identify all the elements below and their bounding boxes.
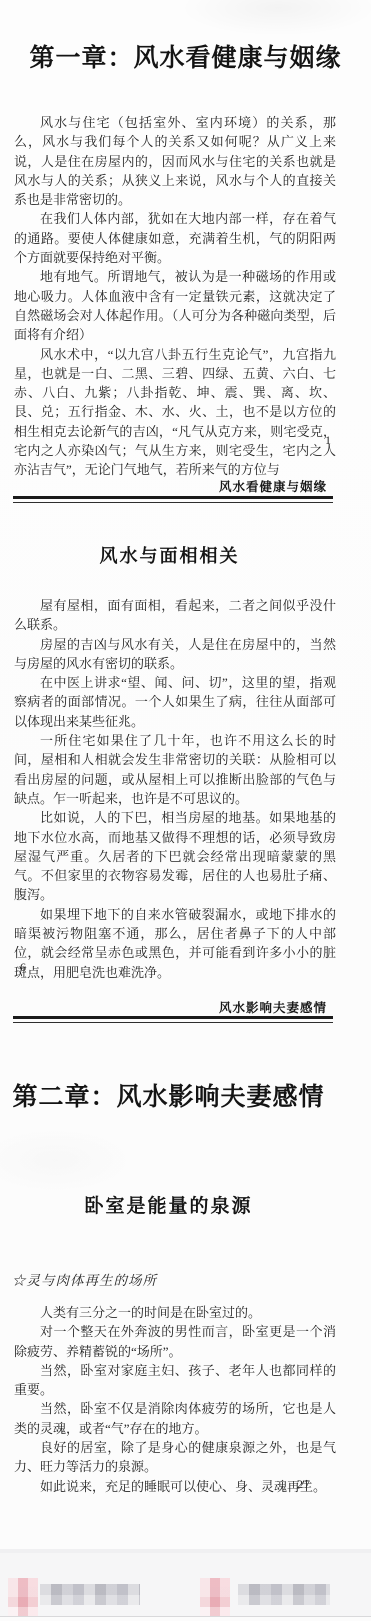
page-number-27: 27 — [297, 1477, 311, 1492]
section-title-face-reading: 风水与面相相关 — [0, 542, 355, 568]
page-6-body: 屋有屋相，面有面相，看起来，二者之间似乎没什么联系。 房屋的吉凶与风水有关，人是… — [14, 596, 336, 982]
blurred-logo-text — [40, 1584, 140, 1605]
page-1-body: 风水与住宅（包括室外、室内环境）的关系，那么，风水与我们每个人的关系又如何呢？从… — [14, 113, 336, 480]
paragraph: 如果埋下地下的自来水管破裂漏水，或地下排水的暗渠被污物阻塞不通，那么，居住者鼻子… — [14, 905, 336, 982]
running-header-health-marriage: 风水看健康与姻缘 — [14, 477, 327, 495]
paragraph: 在我们人体内部，犹如在大地内部一样，存在着气的通路。要使人体健康如意，充满着生机… — [14, 209, 336, 267]
page-number-6: 6 — [20, 960, 27, 975]
paragraph: 在中医上讲求“望、闻、问、切”，这里的望，指观察病者的面部情况。一个人如果生了病… — [14, 673, 336, 731]
chapter-1-title: 第一章：风水看健康与姻缘 — [0, 38, 371, 74]
paragraph: 良好的居室，除了是身心的健康泉源之外，也是气力、旺力等活力的泉源。 — [14, 1438, 336, 1477]
paragraph: 地有地气。所谓地气，被认为是一种磁场的作用或地心吸力。人体血液中含有一定量铁元素… — [14, 267, 336, 344]
blurred-logo-text — [238, 1584, 330, 1605]
paragraph: 对一个整天在外奔波的男性而言，卧室更是一个消除疲劳、养精蓄锐的“场所”。 — [14, 1322, 336, 1361]
paragraph: 人类有三分之一的时间是在卧室过的。 — [14, 1303, 336, 1322]
paragraph: 风水术中，“以九宫八卦五行生克论气”，九宫指九星，也就是一白、二黑、三碧、四绿、… — [14, 345, 336, 480]
footer-bar — [0, 1549, 371, 1617]
paragraph: 当然，卧室对家庭主妇、孩子、老年人也都同样的重要。 — [14, 1361, 336, 1400]
paragraph: 风水与住宅（包括室外、室内环境）的关系，那么，风水与我们每个人的关系又如何呢？从… — [14, 113, 336, 209]
paragraph: 比如说，人的下巴，相当房屋的地基。如果地基的地下水位水高，而地基又做得不理想的话… — [14, 808, 336, 904]
blurred-logo-icon — [8, 1578, 38, 1616]
section-title-bedroom-energy: 卧室是能量的泉源 — [0, 1191, 354, 1218]
blurred-logo-icon — [200, 1578, 230, 1616]
page-number-1: 1 — [325, 433, 332, 448]
header-double-rule — [13, 496, 333, 503]
chapter-2-title: 第二章：风水影响夫妻感情 — [0, 1077, 354, 1113]
paragraph: 一所住宅如果住了几十年，也许不用这么长的时间，屋相和人相就会发生非常密切的关联：… — [14, 731, 336, 808]
page-27-body: 人类有三分之一的时间是在卧室过的。 对一个整天在外奔波的男性而言，卧室更是一个消… — [14, 1303, 336, 1496]
scanned-book-page: 第一章：风水看健康与姻缘 风水与住宅（包括室外、室内环境）的关系，那么，风水与我… — [0, 0, 371, 1621]
paragraph: 屋有屋相，面有面相，看起来，二者之间似乎没什么联系。 — [14, 596, 336, 635]
running-header-couple-relationship: 风水影响夫妻感情 — [14, 998, 327, 1016]
subsection-title-spirit-body: ☆灵与肉体再生的场所 — [12, 1269, 157, 1289]
paragraph: 当然，卧室不仅是消除肉体疲劳的场所，它也是人类的灵魂，或者“气”存在的地方。 — [14, 1399, 336, 1438]
header-double-rule — [13, 1016, 333, 1023]
paragraph: 房屋的吉凶与风水有关，人是住在房屋中的，当然与房屋的风水有密切的联系。 — [14, 635, 336, 674]
paragraph: 如此说来，充足的睡眠可以使心、身、灵魂再生。 — [14, 1477, 336, 1496]
